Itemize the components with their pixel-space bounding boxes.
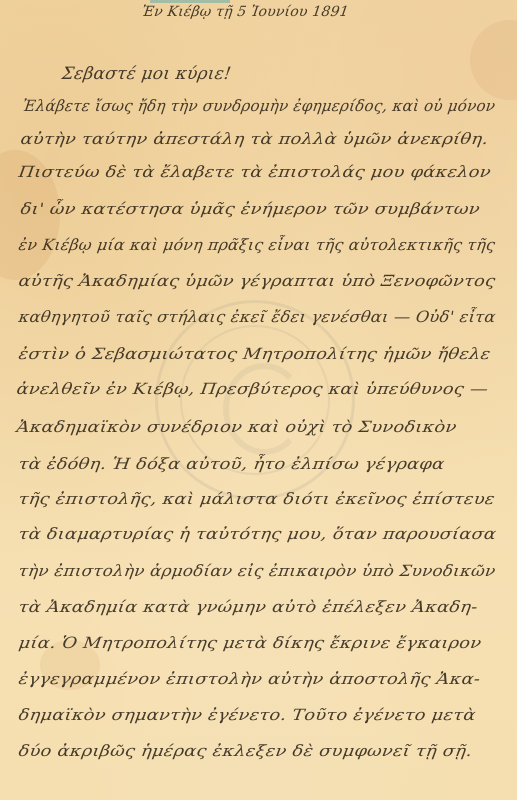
letter-line: αὐτὴν ταύτην ἀπεστάλη τὰ πολλὰ ὑμῶν ἀνεκ… — [19, 130, 489, 148]
letter-line: Ἀκαδημαϊκὸν συνέδριον καὶ οὐχὶ τὸ Συνοδι… — [15, 418, 457, 436]
letter-line: δύο ἀκριβῶς ἡμέρας ἐκλεξεν δὲ συμφωνεῖ τ… — [17, 742, 473, 760]
letter-line: δι' ὧν κατέστησα ὑμᾶς ἐνήμερον τῶν συμβά… — [19, 200, 481, 218]
scan-edge-strip — [150, 0, 230, 3]
letter-line: αὐτῆς Ἀκαδημίας ὑμῶν γέγραπται ὑπὸ Ξενοφ… — [17, 272, 496, 290]
letter-salutation: Σεβαστέ μοι κύριε! — [61, 64, 233, 84]
letter-line: ἐγγεγραμμένον ἐπιστολὴν αὐτὴν ἀποστολῆς … — [17, 670, 481, 688]
letter-line: Πιστεύω δὲ τὰ ἔλαβετε τὰ ἐπιστολάς μου φ… — [17, 163, 492, 181]
letter-line: τὴν ἐπιστολὴν ἀρμοδίαν εἰς ἐπικαιρὸν ὑπὸ… — [17, 562, 496, 580]
letter-line: τὰ διαμαρτυρίας ἡ ταὐτότης μου, ὅταν παρ… — [17, 525, 497, 543]
paper-stain — [470, 20, 517, 100]
letter-line: Ἐλάβετε ἴσως ἤδη τὴν συνδρομὴν ἐφημερίδο… — [21, 97, 496, 115]
letter-line: ἀνελθεῖν ἐν Κιέβῳ, Πρεσβύτερος καὶ ὑπεύθ… — [15, 380, 489, 398]
letter-line: ἐν Κιέβῳ μία καὶ μόνη πρᾶξις εἶναι τῆς α… — [17, 236, 496, 254]
letter-line: τὰ ἐδόθη. Ἡ δόξα αὐτοῦ, ἦτο ἐλπίσω γέγρα… — [17, 455, 445, 473]
letter-line: δημαϊκὸν σημαντὴν ἐγένετο. Τοῦτο ἐγένετο… — [17, 706, 476, 724]
letter-dateline: Ἐν Κιέβῳ τῇ 5 Ἰουνίου 1891 — [141, 4, 350, 20]
letter-line: μία. Ὁ Μητροπολίτης μετὰ δίκης ἔκρινε ἔγ… — [17, 634, 482, 652]
letter-line: ἐστὶν ὁ Σεβασμιώτατος Μητροπολίτης ἡμῶν … — [17, 345, 491, 363]
letter-line: καθηγητοῦ ταῖς στήλαις ἐκεῖ ἔδει γενέσθα… — [17, 308, 496, 326]
letter-line: τῆς ἐπιστολῆς, καὶ μάλιστα διότι ἐκεῖνος… — [17, 490, 496, 508]
letter-line: τὰ Ἀκαδημία κατὰ γνώμην αὐτὸ ἐπέλεξεν Ἀκ… — [17, 598, 478, 616]
letter-page: Ἐν Κιέβῳ τῇ 5 Ἰουνίου 1891 Σεβαστέ μοι κ… — [0, 0, 517, 800]
